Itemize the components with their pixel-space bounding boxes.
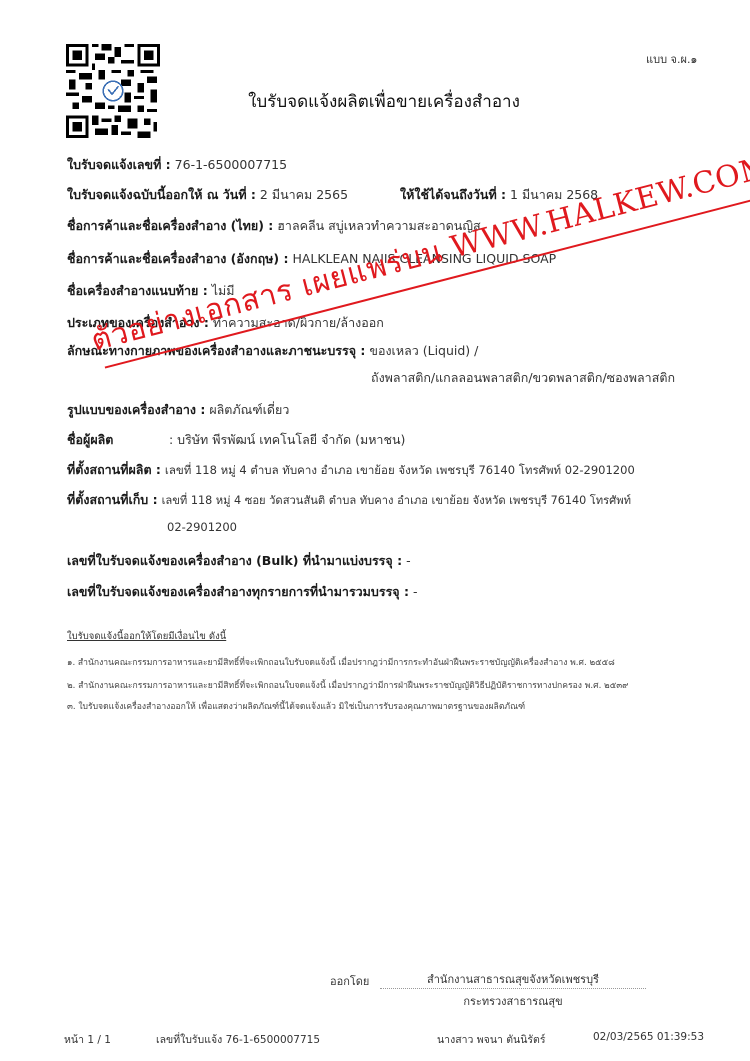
- field-label: ที่ตั้งสถานที่เก็บ :: [67, 492, 158, 507]
- field-value: ทำความสะอาด/ผิวกาย/ล้างออก: [213, 315, 384, 330]
- field-value: เลขที่ 118 หมู่ 4 ซอย วัดสวนสันติ ตำบล ท…: [162, 494, 631, 507]
- field-label: ชื่อเครื่องสำอางแนบท้าย :: [67, 283, 208, 298]
- field-value: HALKLEAN NAJIS CLEANSING LIQUID SOAP: [292, 251, 556, 266]
- issuer-ministry: กระทรวงสาธารณสุข: [380, 992, 646, 1010]
- field-value: ฮาลคลีน สบู่เหลวทำความสะอาดนญิส: [277, 218, 480, 233]
- field-appendix-name: ชื่อเครื่องสำอางแนบท้าย : ไม่มี: [67, 283, 234, 299]
- condition-item: ๒. สำนักงานคณะกรรมการอาหารและยามีสิทธิ์ท…: [67, 678, 628, 692]
- field-trade-name-en: ชื่อการค้าและชื่อเครื่องสำอาง (อังกฤษ) :…: [67, 251, 556, 267]
- condition-item: ๓. ใบรับจดแจ้งเครื่องสำอางออกให้ เพื่อแส…: [67, 699, 525, 713]
- field-value: ผลิตภัณฑ์เดี่ยว: [209, 402, 289, 417]
- field-valid-until: ให้ใช้ได้จนถึงวันที่ : 1 มีนาคม 2568: [400, 187, 598, 203]
- field-label: ใบรับจดแจ้งฉบับนี้ออกให้ ณ วันที่ :: [67, 187, 256, 202]
- page-number: หน้า 1 / 1: [64, 1031, 111, 1048]
- field-storage-site: ที่ตั้งสถานที่เก็บ : เลขที่ 118 หมู่ 4 ซ…: [67, 492, 631, 509]
- field-issue-date: ใบรับจดแจ้งฉบับนี้ออกให้ ณ วันที่ : 2 มี…: [67, 187, 348, 203]
- page-title: ใบรับจดแจ้งผลิตเพื่อขายเครื่องสำอาง: [0, 88, 750, 115]
- field-value: ของเหลว (Liquid) /: [369, 343, 478, 358]
- field-label: เลขที่ใบรับจดแจ้งของเครื่องสำอางทุกรายกา…: [67, 584, 409, 599]
- field-value: 2 มีนาคม 2565: [260, 187, 348, 202]
- form-code: แบบ จ.ผ.๑: [646, 50, 697, 68]
- field-combined-no: เลขที่ใบรับจดแจ้งของเครื่องสำอางทุกรายกา…: [67, 584, 417, 600]
- field-label: ชื่อการค้าและชื่อเครื่องสำอาง (อังกฤษ) :: [67, 251, 288, 266]
- field-value: : บริษัท พีรพัฒน์ เทคโนโลยี จำกัด (มหาชน…: [169, 432, 405, 447]
- footer-timestamp: 02/03/2565 01:39:53: [593, 1031, 704, 1043]
- field-label: ที่ตั้งสถานที่ผลิต :: [67, 462, 161, 477]
- field-value: 76-1-6500007715: [175, 157, 287, 172]
- field-type: ประเภทของเครื่องสำอาง : ทำความสะอาด/ผิวก…: [67, 315, 384, 331]
- field-label: ประเภทของเครื่องสำอาง :: [67, 315, 209, 330]
- field-label: เลขที่ใบรับจดแจ้งของเครื่องสำอาง (Bulk) …: [67, 553, 402, 568]
- issuer-org: สำนักงานสาธารณสุขจังหวัดเพชรบุรี: [380, 970, 646, 988]
- field-value: -: [413, 584, 418, 599]
- condition-item: ๑. สำนักงานคณะกรรมการอาหารและยามีสิทธิ์ท…: [67, 655, 615, 669]
- field-label: ชื่อการค้าและชื่อเครื่องสำอาง (ไทย) :: [67, 218, 273, 233]
- field-physical-containers: ถังพลาสติก/แกลลอนพลาสติก/ขวดพลาสติก/ซองพ…: [371, 370, 675, 386]
- footer-officer: นางสาว พจนา ตันนิรัตร์: [437, 1031, 546, 1048]
- footer-ref: เลขที่ใบรับแจ้ง 76-1-6500007715: [156, 1031, 320, 1048]
- field-value: ไม่มี: [212, 283, 235, 298]
- issuer-divider: [380, 988, 646, 989]
- field-label: รูปแบบของเครื่องสำอาง :: [67, 402, 205, 417]
- field-production-site: ที่ตั้งสถานที่ผลิต : เลขที่ 118 หมู่ 4 ต…: [67, 462, 635, 478]
- field-storage-site-phone: 02-2901200: [167, 519, 237, 535]
- field-label: ชื่อผู้ผลิต: [67, 432, 165, 448]
- field-bulk-no: เลขที่ใบรับจดแจ้งของเครื่องสำอาง (Bulk) …: [67, 553, 411, 569]
- field-label: ใบรับจดแจ้งเลขที่ :: [67, 157, 171, 172]
- field-trade-name-th: ชื่อการค้าและชื่อเครื่องสำอาง (ไทย) : ฮา…: [67, 218, 481, 234]
- field-value: 02-2901200: [167, 520, 237, 534]
- field-format: รูปแบบของเครื่องสำอาง : ผลิตภัณฑ์เดี่ยว: [67, 402, 289, 418]
- field-label: ให้ใช้ได้จนถึงวันที่ :: [400, 187, 506, 202]
- field-label: ลักษณะทางกายภาพของเครื่องสำอางและภาชนะบร…: [67, 343, 365, 358]
- field-value: ถังพลาสติก/แกลลอนพลาสติก/ขวดพลาสติก/ซองพ…: [371, 370, 675, 385]
- issued-by-label: ออกโดย: [330, 972, 369, 990]
- field-value: เลขที่ 118 หมู่ 4 ตำบล ทับคาง อำเภอ เขาย…: [165, 463, 635, 477]
- field-notification-no: ใบรับจดแจ้งเลขที่ : 76-1-6500007715: [67, 157, 287, 173]
- field-value: -: [406, 553, 411, 568]
- field-manufacturer: ชื่อผู้ผลิต : บริษัท พีรพัฒน์ เทคโนโลยี …: [67, 432, 405, 448]
- field-physical: ลักษณะทางกายภาพของเครื่องสำอางและภาชนะบร…: [67, 343, 478, 359]
- field-value: 1 มีนาคม 2568: [510, 187, 598, 202]
- conditions-heading: ใบรับจดแจ้งนี้ออกให้โดยมีเงื่อนไข ดังนี้: [67, 629, 226, 644]
